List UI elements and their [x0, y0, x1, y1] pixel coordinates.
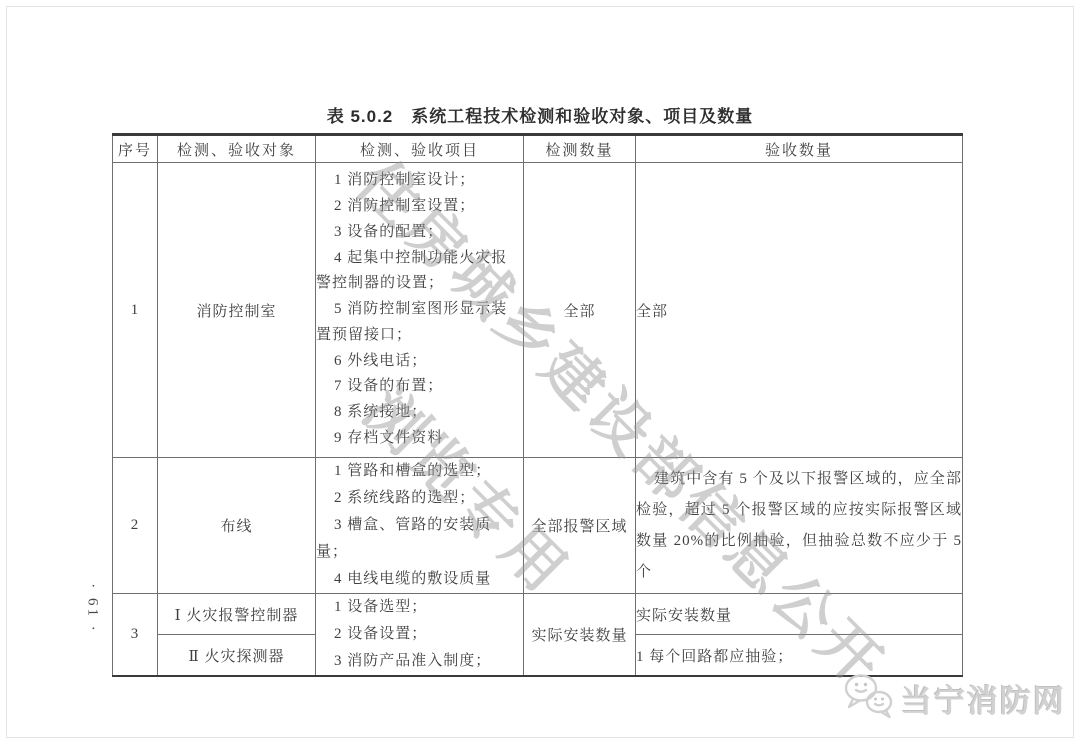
item-text: 2 系统线路的选型；: [316, 485, 523, 512]
row1-object: 消防控制室: [158, 163, 316, 458]
side-page-number: · 61 ·: [84, 569, 101, 649]
item-text: 1 设备选型；: [316, 594, 523, 621]
row2-object: 布线: [158, 458, 316, 594]
item-text: 2 消防控制室设置；: [316, 194, 523, 220]
inspection-acceptance-table: 序号 检测、验收对象 检测、验收项目 检测数量 验收数量 1 消防控制室 1 消…: [112, 133, 963, 677]
row2-acceptance-qty: 建筑中含有 5 个及以下报警区域的，应全部检验，超过 5 个报警区域的应按实际报…: [636, 458, 963, 594]
row2-inspection-qty: 全部报警区域: [524, 458, 636, 594]
header-cell-index: 序号: [113, 135, 158, 163]
table-row-3a: 3 Ⅰ 火灾报警控制器 1 设备选型； 2 设备设置； 3 消防产品准入制度； …: [113, 594, 963, 635]
site-logo: 当宁消防网: [842, 671, 1066, 726]
item-text: 4 起集中控制功能火灾报警控制器的设置；: [316, 246, 523, 298]
header-cell-items: 检测、验收项目: [316, 135, 524, 163]
item-text: 4 电线电缆的敷设质量: [316, 566, 523, 593]
item-text: 5 消防控制室图形显示装置预留接口；: [316, 297, 523, 349]
row3-object-controller: Ⅰ 火灾报警控制器: [158, 594, 316, 635]
table-row-1: 1 消防控制室 1 消防控制室设计； 2 消防控制室设置； 3 设备的配置； 4…: [113, 163, 963, 458]
logo-text: 当宁消防网: [901, 676, 1066, 721]
row3-object-detector: Ⅱ 火灾探测器: [158, 635, 316, 677]
item-text: 1 消防控制室设计；: [316, 168, 523, 194]
item-text: 2 设备设置；: [316, 621, 523, 648]
table-row-2: 2 布线 1 管路和槽盒的选型； 2 系统线路的选型； 3 槽盒、管路的安装质量…: [113, 458, 963, 594]
item-text: 8 系统接地；: [316, 400, 523, 426]
row2-index: 2: [113, 458, 158, 594]
item-text: 9 存档文件资料: [316, 426, 523, 452]
row2-items-cell: 1 管路和槽盒的选型； 2 系统线路的选型； 3 槽盒、管路的安装质量； 4 电…: [316, 458, 524, 594]
item-text: 3 设备的配置；: [316, 220, 523, 246]
row3-acceptance-qty-detector: 1 每个回路都应抽验；: [636, 635, 963, 677]
table-header-row: 序号 检测、验收对象 检测、验收项目 检测数量 验收数量: [113, 135, 963, 163]
row3-items-cell: 1 设备选型； 2 设备设置； 3 消防产品准入制度；: [316, 594, 524, 677]
chat-bubbles-icon: [842, 671, 896, 726]
row1-inspection-qty: 全部: [524, 163, 636, 458]
item-text: 7 设备的布置；: [316, 374, 523, 400]
document-page: 住房城乡建设部信息公开 浏览专用 · 61 · 表 5.0.2 系统工程技术检测…: [0, 0, 1080, 744]
item-text: 1 管路和槽盒的选型；: [316, 458, 523, 485]
item-text: 3 消防产品准入制度；: [316, 648, 523, 675]
row3-acceptance-qty-controller: 实际安装数量: [636, 594, 963, 635]
header-cell-inspection-qty: 检测数量: [524, 135, 636, 163]
acceptance-text: 建筑中含有 5 个及以下报警区域的，应全部检验，超过 5 个报警区域的应按实际报…: [636, 464, 962, 588]
item-text: 3 槽盒、管路的安装质量；: [316, 512, 523, 566]
header-cell-acceptance-qty: 验收数量: [636, 135, 963, 163]
header-cell-object: 检测、验收对象: [158, 135, 316, 163]
table-title: 表 5.0.2 系统工程技术检测和验收对象、项目及数量: [0, 102, 1080, 127]
row1-acceptance-qty: 全部: [636, 163, 963, 458]
row1-index: 1: [113, 163, 158, 458]
item-text: 6 外线电话；: [316, 349, 523, 375]
row1-items-cell: 1 消防控制室设计； 2 消防控制室设置； 3 设备的配置； 4 起集中控制功能…: [316, 163, 524, 458]
row3-inspection-qty: 实际安装数量: [524, 594, 636, 677]
row3-index: 3: [113, 594, 158, 677]
